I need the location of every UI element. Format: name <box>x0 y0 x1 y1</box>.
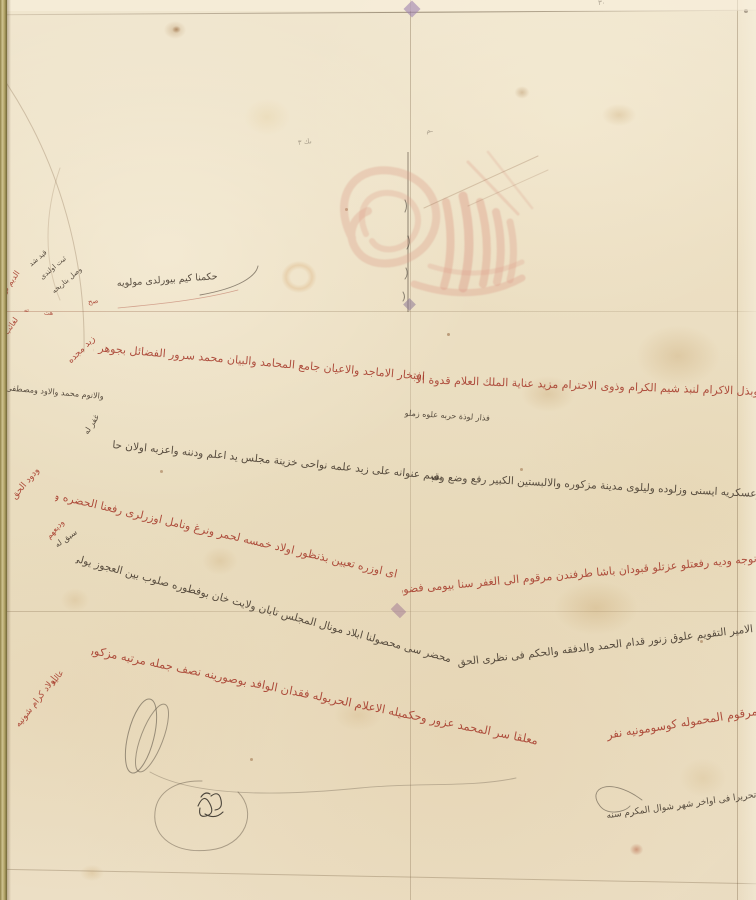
manuscript-page: قيد شد ثبت اولندى وصل بتاريخه حكمنا كيم … <box>0 0 756 900</box>
edge-vignette <box>0 0 756 900</box>
